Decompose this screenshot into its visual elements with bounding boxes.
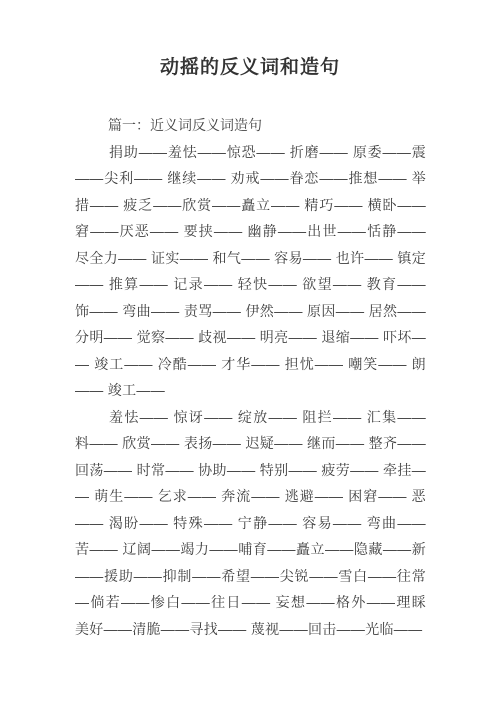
word-list-line: —— 推算—— 记录—— 轻快—— 欲望—— 教育—— 掩 — [75, 271, 426, 298]
word-list-line: 分明—— 觉察—— 歧视—— 明亮—— 退缩—— 吓坏— — [75, 324, 426, 351]
document-page: 动摇的反义词和造句 篇一：近义词反义词造句 捐助——羞怯——惊恐—— 折磨—— … — [0, 0, 500, 706]
word-list-line: ——援助——抑制——希望——尖锐——雪白——往常— — [75, 563, 426, 590]
word-list-line: 窘——厌恶—— 要挟—— 幽静——出世——恬静—— 竭 — [75, 218, 426, 245]
word-list-line: —倘若——惨白——往日—— 妄想——格外——理睬—— — [75, 589, 426, 616]
word-list-line: 捐助——羞怯——惊恐—— 折磨—— 原委——震惊 — [75, 139, 426, 166]
word-list-line: 饰—— 弯曲—— 责骂—— 伊然—— 原因—— 居然—— — [75, 298, 426, 325]
word-list-line: 尽全力—— 证实—— 和气—— 容易—— 也许—— 镇定 — [75, 245, 426, 272]
word-list-line: — 竣工—— 冷酷—— 才华—— 担忧—— 嘲笑—— 朗读 — [75, 351, 426, 378]
word-list-line: —— 竣工—— — [75, 377, 426, 404]
word-list-line: 回荡—— 时常—— 协助—— 特别—— 疲劳—— 牵挂— — [75, 457, 426, 484]
word-list-line: ——尖利—— 继续—— 劝戒——眷恋——推想—— 举 — [75, 165, 426, 192]
section-heading: 篇一：近义词反义词造句 — [75, 112, 426, 139]
document-body: 篇一：近义词反义词造句 捐助——羞怯——惊恐—— 折磨—— 原委——震惊——尖利… — [75, 112, 426, 642]
word-list-line: 措—— 疲乏——欣赏——矗立—— 精巧—— 横卧——困 — [75, 192, 426, 219]
word-list-line: 美好——清脆——寻找—— 蔑视——回击——光临—— 舒 — [75, 616, 426, 643]
word-list-line: —— 渴盼—— 特殊—— 宁静—— 容易—— 弯曲—— 劳 — [75, 510, 426, 537]
word-list-line: 料—— 欣赏—— 表扬—— 迟疑—— 继而—— 整齐—— — [75, 430, 426, 457]
word-list: 捐助——羞怯——惊恐—— 折磨—— 原委——震惊——尖利—— 继续—— 劝戒——… — [75, 139, 426, 643]
word-list-line: 苦—— 辽阔——竭力——哺育——矗立——隐藏——新鲜 — [75, 536, 426, 563]
page-title: 动摇的反义词和造句 — [0, 0, 500, 79]
word-list-line: — 萌生—— 乞求—— 奔流—— 逃避—— 困窘—— 恶劣 — [75, 483, 426, 510]
word-list-line: 羞怯—— 惊讶—— 绽放—— 阻拦—— 汇集—— 材 — [75, 404, 426, 431]
